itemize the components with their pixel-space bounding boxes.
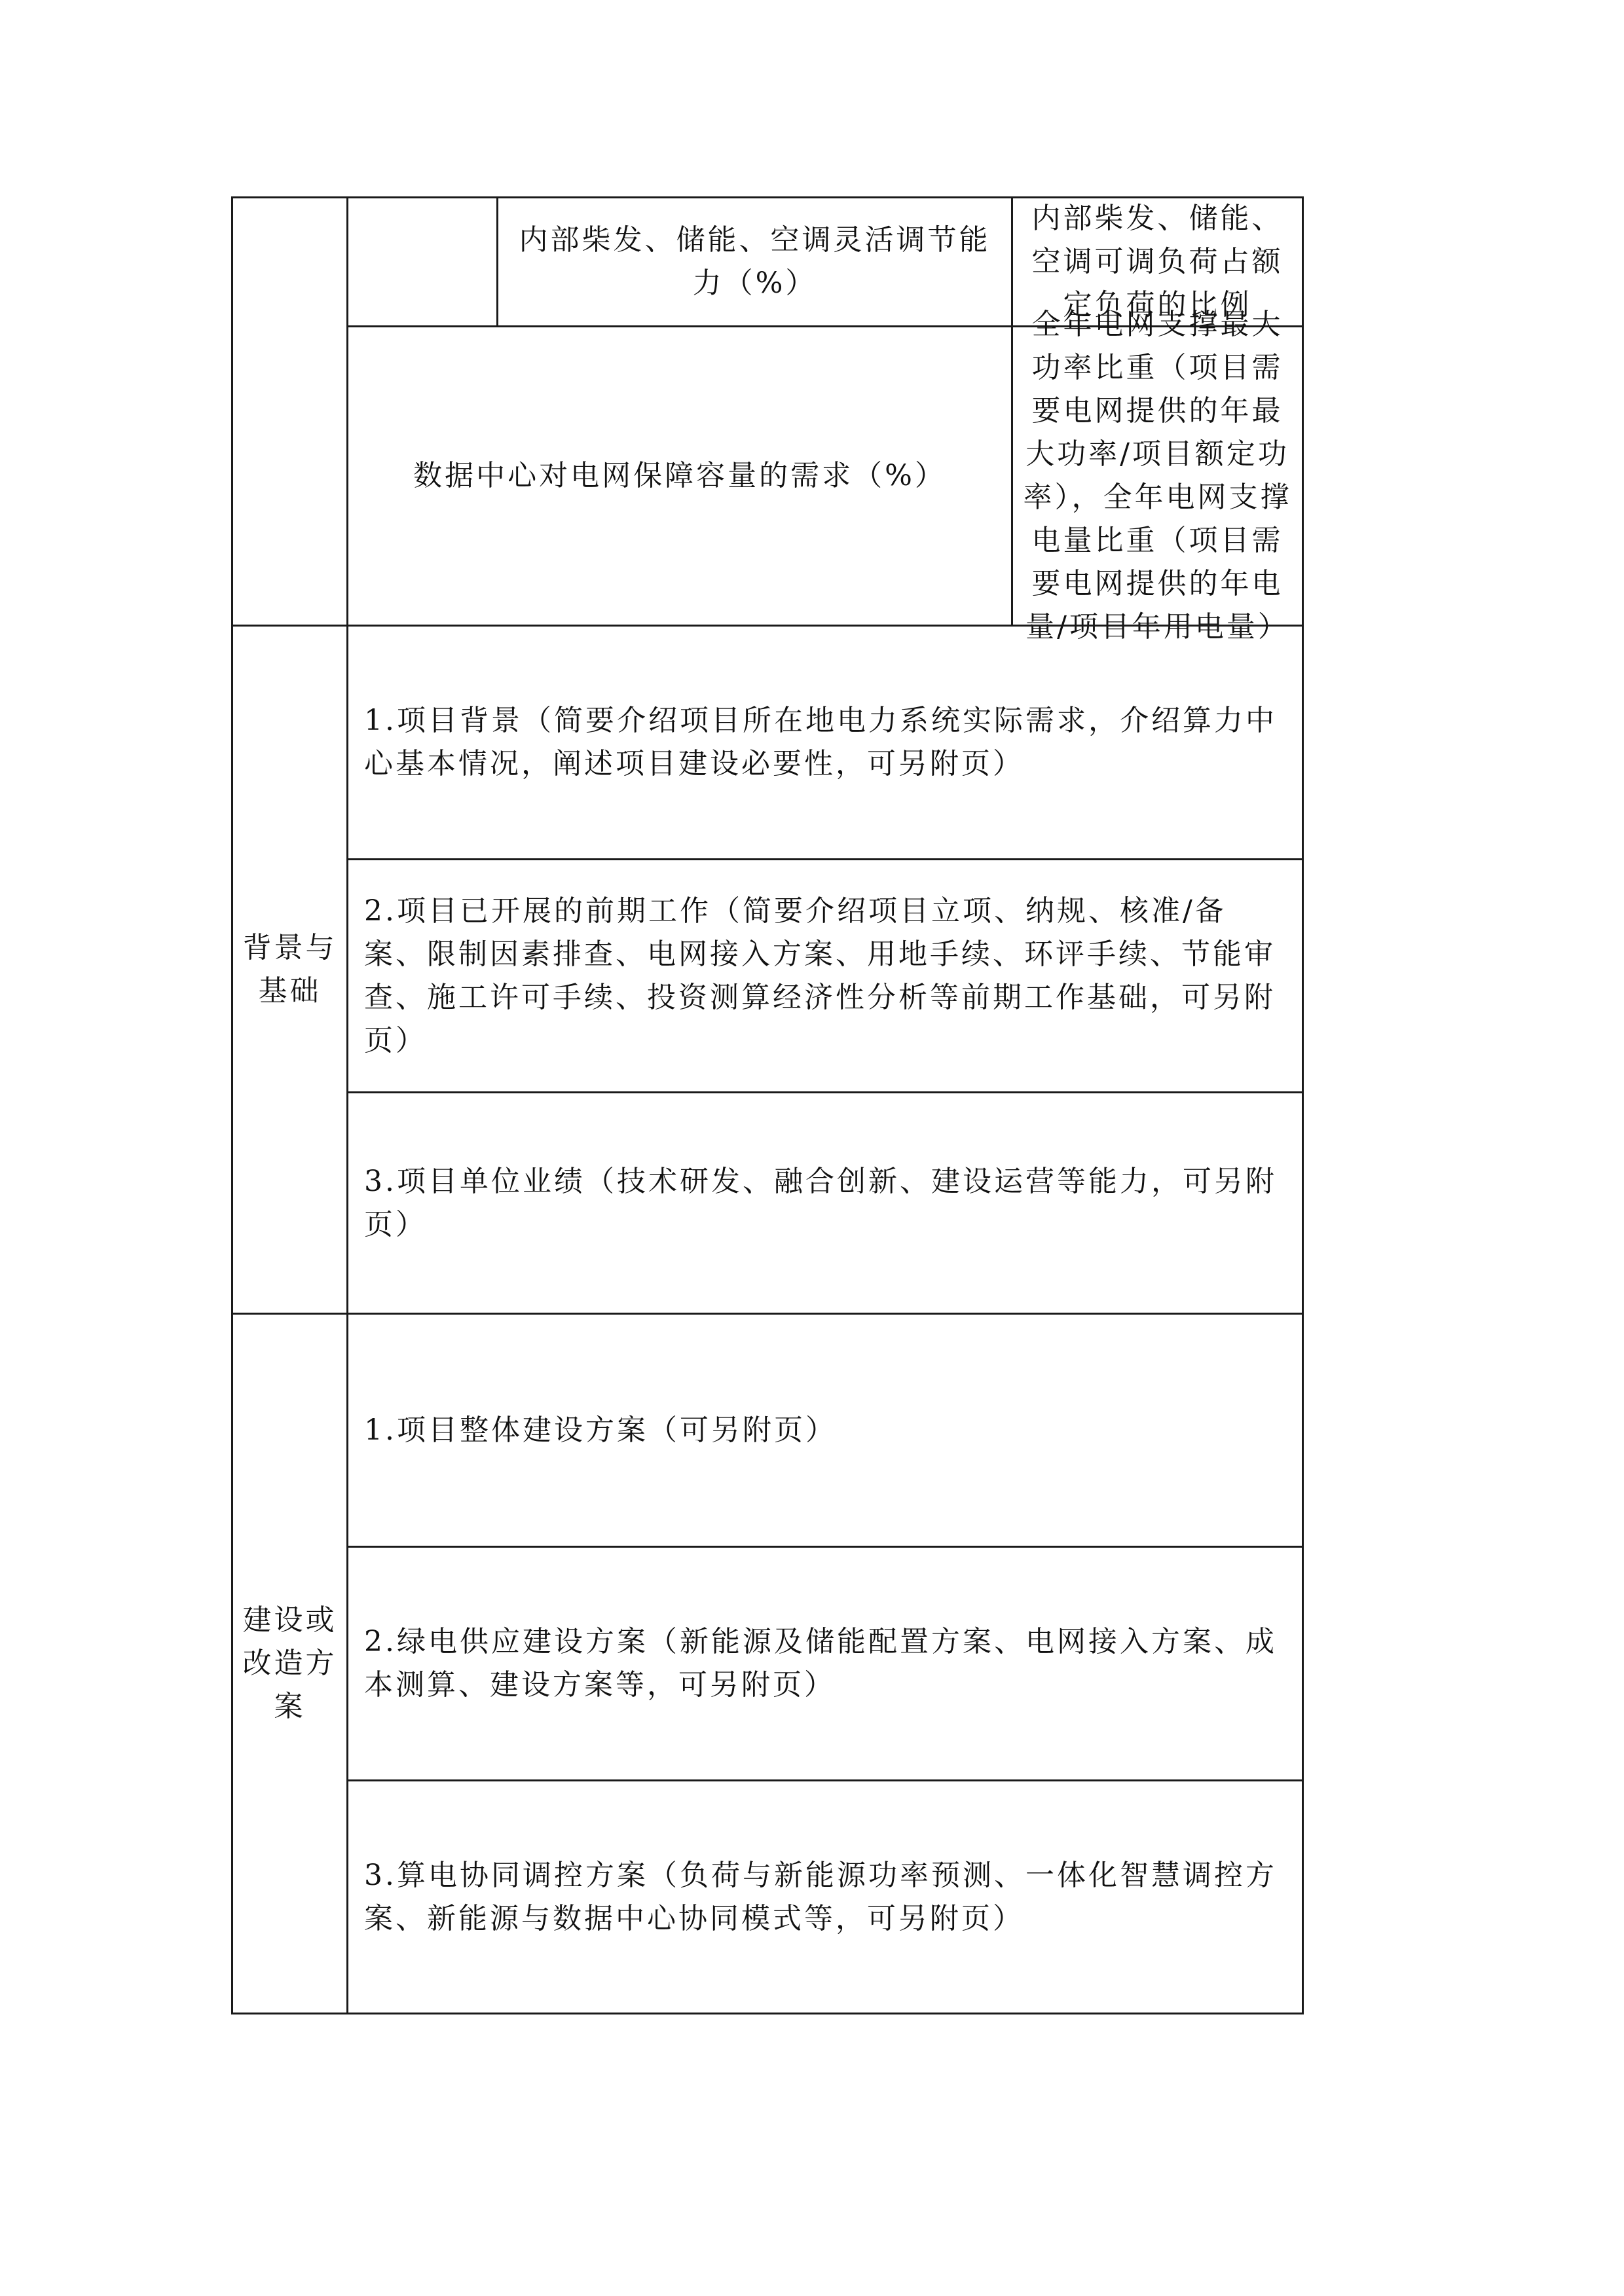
section-label-cell-construction-plan: 建设或改造方案 bbox=[231, 1313, 348, 2014]
section-item-text: 2.绿电供应建设方案（新能源及储能配置方案、电网接入方案、成本测算、建设方案等，… bbox=[364, 1620, 1287, 1707]
section-item-text: 2.项目已开展的前期工作（简要介绍项目立项、纳规、核准/备案、限制因素排查、电网… bbox=[364, 890, 1287, 1063]
empty-subcategory-cell bbox=[346, 196, 498, 327]
section-label-cell-background: 背景与基础 bbox=[231, 625, 348, 1315]
section-item-text: 1.项目背景（简要介绍项目所在地电力系统实际需求，介绍算力中心基本情况，阐述项目… bbox=[364, 699, 1287, 786]
section-item-cell[interactable]: 1.项目整体建设方案（可另附页） bbox=[346, 1313, 1304, 1548]
section-item-cell[interactable]: 3.项目单位业绩（技术研发、融合创新、建设运营等能力，可另附页） bbox=[346, 1091, 1304, 1315]
section-item-text: 3.算电协同调控方案（负荷与新能源功率预测、一体化智慧调控方案、新能源与数据中心… bbox=[364, 1854, 1287, 1941]
section-item-text: 3.项目单位业绩（技术研发、融合创新、建设运营等能力，可另附页） bbox=[364, 1160, 1287, 1247]
section-item-cell[interactable]: 2.项目已开展的前期工作（简要介绍项目立项、纳规、核准/备案、限制因素排查、电网… bbox=[346, 858, 1304, 1093]
indicator-text: 数据中心对电网保障容量的需求（%） bbox=[363, 454, 997, 498]
indicator-text: 内部柴发、储能、空调灵活调节能力（%） bbox=[513, 219, 997, 305]
description-text: 全年电网支撑最大功率比重（项目需要电网提供的年最大功率/项目额定功率），全年电网… bbox=[1022, 303, 1293, 649]
section-item-cell[interactable]: 2.绿电供应建设方案（新能源及储能配置方案、电网接入方案、成本测算、建设方案等，… bbox=[346, 1546, 1304, 1781]
left-column-continuation-cell bbox=[231, 196, 348, 627]
section-label: 建设或改造方案 bbox=[233, 1599, 346, 1728]
section-item-cell[interactable]: 1.项目背景（简要介绍项目所在地电力系统实际需求，介绍算力中心基本情况，阐述项目… bbox=[346, 625, 1304, 860]
description-cell-grid-capacity-demand: 全年电网支撑最大功率比重（项目需要电网提供的年最大功率/项目额定功率），全年电网… bbox=[1011, 325, 1304, 627]
indicator-cell-grid-capacity-demand: 数据中心对电网保障容量的需求（%） bbox=[346, 325, 1013, 627]
section-label: 背景与基础 bbox=[233, 926, 346, 1013]
indicator-cell-flexible-regulation: 内部柴发、储能、空调灵活调节能力（%） bbox=[496, 196, 1013, 327]
section-item-cell[interactable]: 3.算电协同调控方案（负荷与新能源功率预测、一体化智慧调控方案、新能源与数据中心… bbox=[346, 1779, 1304, 2014]
section-item-text: 1.项目整体建设方案（可另附页） bbox=[364, 1409, 1287, 1452]
